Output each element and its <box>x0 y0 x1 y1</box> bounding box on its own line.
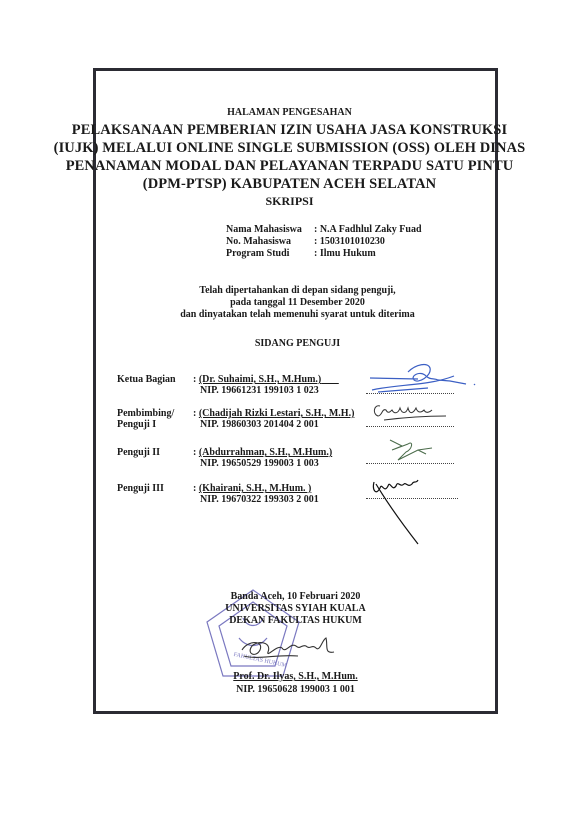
dean-name: Prof. Dr. Ilyas, S.H., M.Hum. <box>6 671 579 683</box>
examiner-nip: NIP. 19650529 199003 1 003 <box>193 458 332 469</box>
examiner-details: : (Dr. Suhaimi, S.H., M.Hum.) NIP. 19661… <box>193 374 339 396</box>
title-line: PENANAMAN MODAL DAN PELAYANAN TERPADU SA… <box>0 157 579 175</box>
examiner-name: (Khairani, S.H., M.Hum. ) <box>199 483 312 494</box>
examiner-nip: NIP. 19670322 199303 2 001 <box>193 494 319 505</box>
title-line: (DPM-PTSP) KABUPATEN ACEH SELATAN <box>0 175 579 193</box>
title-line: PELAKSANAAN PEMBERIAN IZIN USAHA JASA KO… <box>0 121 579 139</box>
thesis-title: PELAKSANAAN PEMBERIAN IZIN USAHA JASA KO… <box>0 121 579 193</box>
colon: : <box>193 374 196 385</box>
examiner-nip: NIP. 19860303 201404 2 001 <box>193 419 354 430</box>
signature-ketua <box>368 362 478 398</box>
examiner-row: Penguji II <box>117 447 160 458</box>
examiner-details: : (Abdurrahman, S.H., M.Hum.) NIP. 19650… <box>193 447 332 469</box>
signature-penguji-1 <box>370 398 450 426</box>
examiner-role: Pembimbing/ <box>117 408 174 419</box>
examiner-row: Ketua Bagian <box>117 374 176 385</box>
field-label: No. Mahasiswa <box>226 236 314 248</box>
field-value: : N.A Fadhlul Zaky Fuad <box>314 224 422 236</box>
signature-penguji-2 <box>388 436 448 468</box>
examiner-name: (Dr. Suhaimi, S.H., M.Hum.) <box>199 374 321 385</box>
defense-line: dan dinyatakan telah memenuhi syarat unt… <box>8 309 579 321</box>
student-info: Nama Mahasiswa: N.A Fadhlul Zaky Fuad No… <box>226 224 422 260</box>
examiner-role: Penguji III <box>117 483 164 494</box>
defense-line: Telah dipertahankan di depan sidang peng… <box>8 285 579 297</box>
examiner-name: (Chadijah Rizki Lestari, S.H., M.H.) <box>199 408 355 419</box>
approval-institution: UNIVERSITAS SYIAH KUALA <box>6 603 579 615</box>
signature-penguji-3 <box>370 474 450 546</box>
field-label: Nama Mahasiswa <box>226 224 314 236</box>
examiner-role: Penguji I <box>117 419 174 430</box>
colon: : <box>193 408 196 419</box>
examiner-details: : (Chadijah Rizki Lestari, S.H., M.H.) N… <box>193 408 354 430</box>
colon: : <box>193 483 196 494</box>
colon: : <box>193 447 196 458</box>
approval-position: DEKAN FAKULTAS HUKUM <box>6 615 579 627</box>
title-line: (IUJK) MELALUI ONLINE SINGLE SUBMISSION … <box>0 139 579 157</box>
examiner-row: Pembimbing/ Penguji I <box>117 408 174 430</box>
committee-heading: SIDANG PENGUJI <box>8 338 579 350</box>
approval-place-date: Banda Aceh, 10 Februari 2020 <box>6 591 579 603</box>
field-label: Program Studi <box>226 248 314 260</box>
examiner-details: : (Khairani, S.H., M.Hum. ) NIP. 1967032… <box>193 483 319 505</box>
field-value: : 1503101010230 <box>314 236 385 248</box>
doc-type: SKRIPSI <box>0 194 579 209</box>
field-value: : Ilmu Hukum <box>314 248 376 260</box>
examiner-row: Penguji III <box>117 483 164 494</box>
dean-nip: NIP. 19650628 199003 1 001 <box>6 684 579 696</box>
signature-line <box>366 426 454 427</box>
defense-statement: Telah dipertahankan di depan sidang peng… <box>8 285 579 321</box>
examiner-role: Ketua Bagian <box>117 374 176 385</box>
defense-line: pada tanggal 11 Desember 2020 <box>8 297 579 309</box>
signature-dean <box>238 632 348 664</box>
examiner-name: (Abdurrahman, S.H., M.Hum.) <box>199 447 332 458</box>
examiner-nip: NIP. 19661231 199103 1 023 <box>193 385 339 396</box>
page-heading: HALAMAN PENGESAHAN <box>0 107 579 118</box>
examiner-role: Penguji II <box>117 447 160 458</box>
